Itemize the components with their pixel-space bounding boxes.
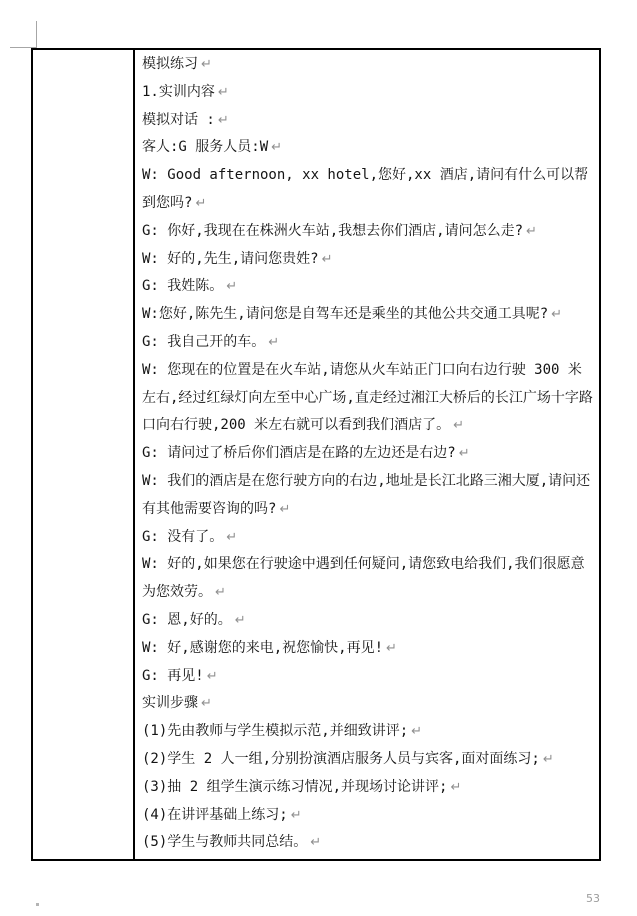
paragraph-text: W: 好的,先生,请问您贵姓? — [142, 251, 319, 267]
paragraph: W: 好,感谢您的来电,祝您愉快,再见!↵ — [142, 635, 595, 663]
paragraph-text: (1)先由教师与学生模拟示范,并细致讲评; — [142, 723, 408, 739]
paragraph-text: 实训步骤 — [142, 695, 198, 711]
paragraph: (5)学生与教师共同总结。↵ — [142, 829, 595, 857]
paragraph-text: (3)抽 2 组学生演示练习情况,并现场讨论讲评; — [142, 779, 447, 795]
paragraph-text: W:您好,陈先生,请问您是自驾车还是乘坐的其他公共交通工具呢? — [142, 306, 548, 322]
page-number: 53 — [586, 892, 600, 905]
document-page: 模拟练习↵ 1.实训内容↵ 模拟对话 :↵ 客人:G 服务人员:W↵ W: Go… — [0, 0, 637, 916]
paragraph: (2)学生 2 人一组,分别扮演酒店服务人员与宾客,面对面练习;↵ — [142, 746, 595, 774]
paragraph-text: G: 我姓陈。 — [142, 278, 223, 294]
paragraph: G: 没有了。↵ — [142, 524, 595, 552]
paragraph-text: 客人:G 服务人员:W — [142, 139, 268, 155]
paragraph-end-mark: ↵ — [551, 307, 562, 322]
paragraph-end-mark: ↵ — [459, 446, 470, 461]
paragraph: W: 好的,先生,请问您贵姓?↵ — [142, 246, 595, 274]
paragraph-end-mark: ↵ — [411, 724, 422, 739]
paragraph-end-mark: ↵ — [195, 196, 206, 211]
paragraph-end-mark: ↵ — [201, 696, 212, 711]
content-table: 模拟练习↵ 1.实训内容↵ 模拟对话 :↵ 客人:G 服务人员:W↵ W: Go… — [31, 48, 601, 861]
paragraph: W: 好的,如果您在行驶途中遇到任何疑问,请您致电给我们,我们很愿意为您效劳。↵ — [142, 551, 595, 607]
paragraph: 模拟练习↵ — [142, 51, 595, 79]
table-content-cell: 模拟练习↵ 1.实训内容↵ 模拟对话 :↵ 客人:G 服务人员:W↵ W: Go… — [135, 50, 599, 859]
paragraph-end-mark: ↵ — [207, 669, 218, 684]
paragraph-end-mark: ↵ — [310, 835, 321, 850]
paragraph: G: 再见!↵ — [142, 663, 595, 691]
paragraph: G: 请问过了桥后你们酒店是在路的左边还是右边?↵ — [142, 440, 595, 468]
paragraph: G: 恩,好的。↵ — [142, 607, 595, 635]
paragraph-text: W: Good afternoon, xx hotel,您好,xx 酒店,请问有… — [142, 167, 588, 211]
paragraph: G: 我自己开的车。↵ — [142, 329, 595, 357]
paragraph-text: G: 我自己开的车。 — [142, 334, 265, 350]
paragraph-text: 模拟练习 — [142, 56, 198, 72]
margin-crop-mark-top-left — [10, 21, 37, 48]
paragraph: 客人:G 服务人员:W↵ — [142, 134, 595, 162]
paragraph-text: G: 再见! — [142, 668, 204, 684]
table-empty-cell — [33, 50, 135, 859]
paragraph: 1.实训内容↵ — [142, 79, 595, 107]
paragraph-end-mark: ↵ — [543, 752, 554, 767]
paragraph-text: G: 恩,好的。 — [142, 612, 232, 628]
paragraph: G: 你好,我现在在株洲火车站,我想去你们酒店,请问怎么走?↵ — [142, 218, 595, 246]
paragraph-text: (5)学生与教师共同总结。 — [142, 834, 307, 850]
paragraph-end-mark: ↵ — [268, 335, 279, 350]
paragraph-end-mark: ↵ — [526, 224, 537, 239]
paragraph-end-mark: ↵ — [279, 502, 290, 517]
paragraph: W: 我们的酒店是在您行驶方向的右边,地址是长江北路三湘大厦,请问还有其他需要咨… — [142, 468, 595, 524]
paragraph-text: (2)学生 2 人一组,分别扮演酒店服务人员与宾客,面对面练习; — [142, 751, 540, 767]
paragraph-text: 模拟对话 : — [142, 112, 215, 128]
paragraph: W:您好,陈先生,请问您是自驾车还是乘坐的其他公共交通工具呢?↵ — [142, 301, 595, 329]
paragraph-end-mark: ↵ — [218, 113, 229, 128]
paragraph-text: G: 没有了。 — [142, 529, 223, 545]
paragraph: (1)先由教师与学生模拟示范,并细致讲评;↵ — [142, 718, 595, 746]
paragraph: 模拟对话 :↵ — [142, 107, 595, 135]
paragraph: G: 我姓陈。↵ — [142, 273, 595, 301]
paragraph-end-mark: ↵ — [291, 808, 302, 823]
paragraph-end-mark: ↵ — [322, 252, 333, 267]
paragraph-end-mark: ↵ — [386, 641, 397, 656]
paragraph-end-mark: ↵ — [450, 780, 461, 795]
margin-crop-mark-bottom-left — [36, 903, 39, 906]
paragraph-end-mark: ↵ — [271, 140, 282, 155]
paragraph-text: G: 请问过了桥后你们酒店是在路的左边还是右边? — [142, 445, 456, 461]
paragraph: (3)抽 2 组学生演示练习情况,并现场讨论讲评;↵ — [142, 774, 595, 802]
paragraph-end-mark: ↵ — [453, 418, 464, 433]
paragraph-end-mark: ↵ — [226, 530, 237, 545]
paragraph: 实训步骤↵ — [142, 690, 595, 718]
paragraph: W: Good afternoon, xx hotel,您好,xx 酒店,请问有… — [142, 162, 595, 218]
paragraph-end-mark: ↵ — [215, 585, 226, 600]
paragraph: W: 您现在的位置是在火车站,请您从火车站正门口向右边行驶 300 米左右,经过… — [142, 357, 595, 440]
paragraph-text: W: 我们的酒店是在您行驶方向的右边,地址是长江北路三湘大厦,请问还有其他需要咨… — [142, 473, 590, 517]
paragraph-text: G: 你好,我现在在株洲火车站,我想去你们酒店,请问怎么走? — [142, 223, 523, 239]
paragraph-text: 1.实训内容 — [142, 84, 215, 100]
paragraph-end-mark: ↵ — [218, 85, 229, 100]
paragraph-text: (4)在讲评基础上练习; — [142, 807, 288, 823]
paragraph-end-mark: ↵ — [201, 57, 212, 72]
paragraph-text: W: 好的,如果您在行驶途中遇到任何疑问,请您致电给我们,我们很愿意为您效劳。 — [142, 556, 585, 600]
paragraph-text: W: 好,感谢您的来电,祝您愉快,再见! — [142, 640, 383, 656]
paragraph: (4)在讲评基础上练习;↵ — [142, 802, 595, 830]
paragraph-end-mark: ↵ — [235, 613, 246, 628]
paragraph-end-mark: ↵ — [226, 279, 237, 294]
paragraph-text: W: 您现在的位置是在火车站,请您从火车站正门口向右边行驶 300 米左右,经过… — [142, 362, 593, 434]
